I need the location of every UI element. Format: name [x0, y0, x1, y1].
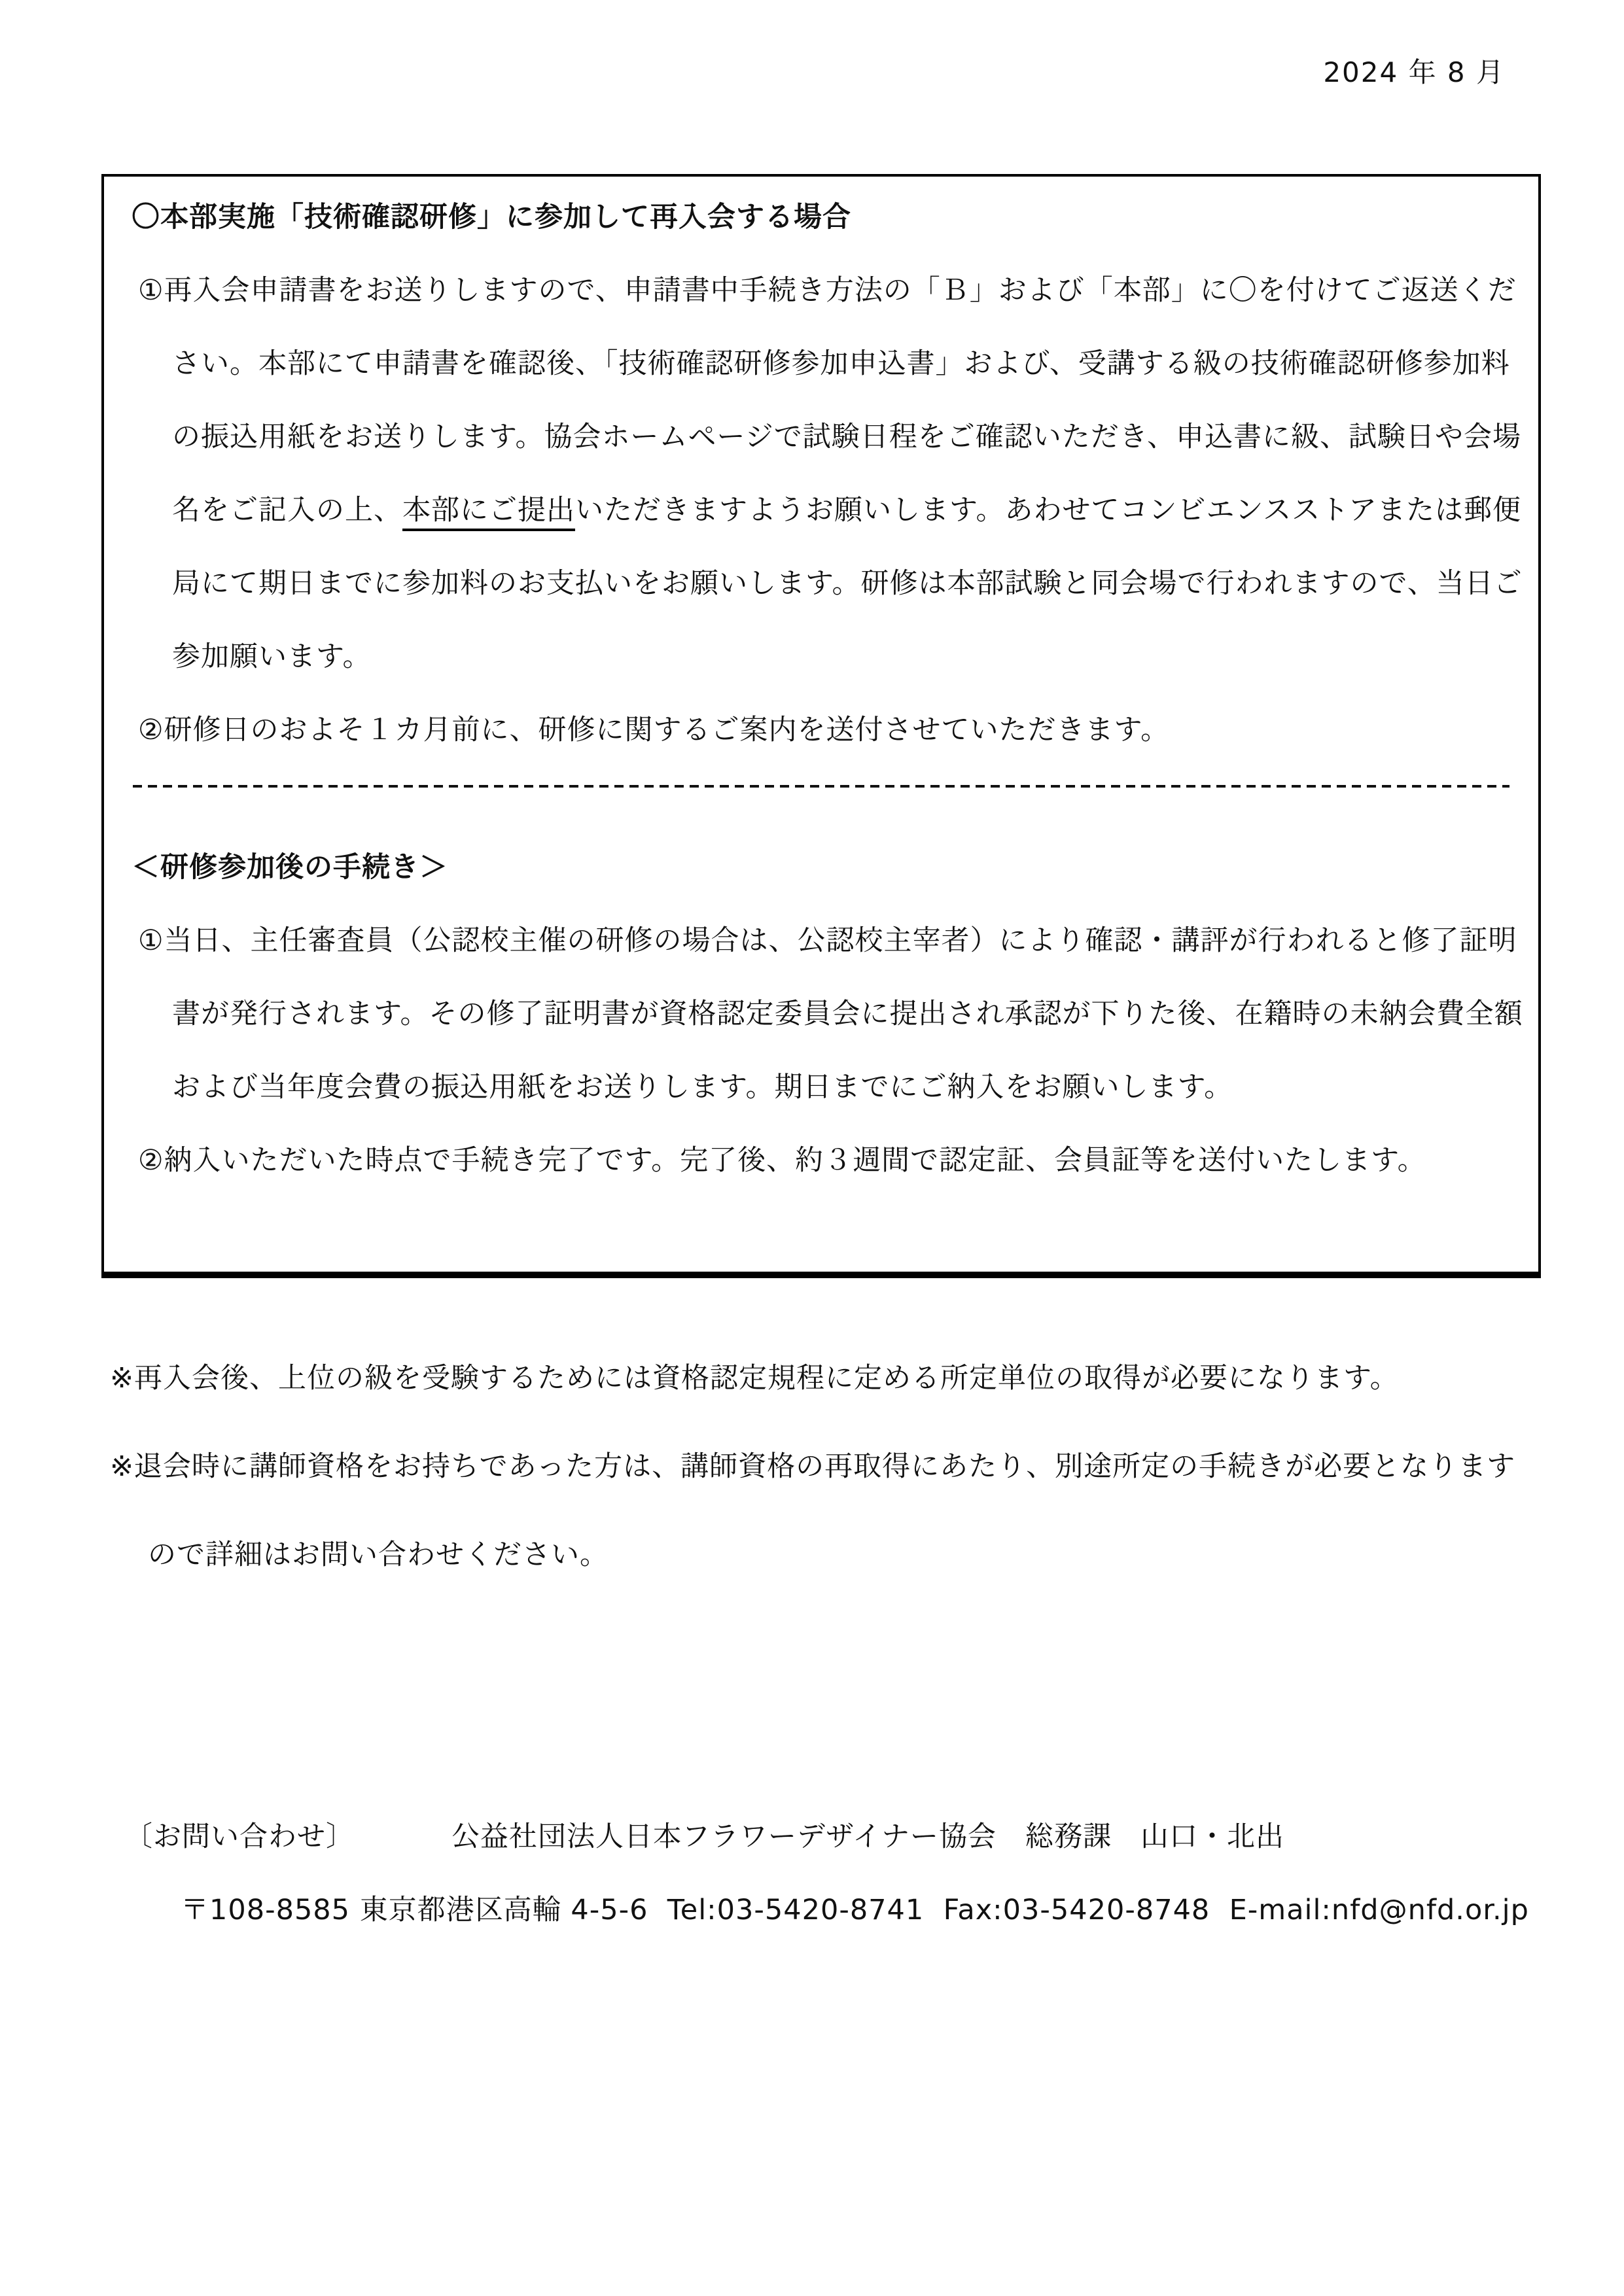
section1-item1-line5: 局にて期日までに参加料のお支払いをお願いします。研修は本部試験と同会場で行われま… [132, 547, 1511, 620]
section1-item1-line4: 名をご記入の上、本部にご提出いただきますようお願いします。あわせてコンビエンスス… [132, 474, 1511, 547]
document-page: 2024 年 8 月 〇本部実施「技術確認研修」に参加して再入会する場合 ①再入… [0, 0, 1624, 2296]
section1-item1-line3: の振込用紙をお送りします。協会ホームページで試験日程をご確認いただき、申込書に級… [132, 400, 1511, 474]
contact-organization: 公益社団法人日本フラワーデザイナー協会 総務課 山口・北出 [451, 1820, 1284, 1853]
line4-pre-text: 名をご記入の上、 [172, 494, 402, 527]
line4-post-text: いただきますようお願いします。あわせてコンビエンスストアまたは郵便 [575, 494, 1521, 527]
section2-item1-line2: 書が発行されます。その修了証明書が資格認定委員会に提出され承認が下りた後、在籍時… [132, 977, 1511, 1051]
section1-item1-line2: さい。本部にて申請書を確認後、「技術確認研修参加申込書」および、受講する級の技術… [132, 327, 1511, 400]
section1-heading: 〇本部実施「技術確認研修」に参加して再入会する場合 [132, 181, 1511, 254]
note-2-line2: ので詳細はお問い合わせください。 [110, 1511, 1595, 1599]
section2-item1-line1: ①当日、主任審査員（公認校主催の研修の場合は、公認校主宰者）により確認・講評が行… [132, 904, 1511, 977]
section2-item2: ②納入いただいた時点で手続き完了です。完了後、約３週間で認定証、会員証等を送付い… [132, 1124, 1511, 1197]
note-2-line1: ※退会時に講師資格をお持ちであった方は、講師資格の再取得にあたり、別途所定の手続… [110, 1423, 1595, 1511]
procedure-box: 〇本部実施「技術確認研修」に参加して再入会する場合 ①再入会申請書をお送りします… [101, 174, 1541, 1278]
note-1: ※再入会後、上位の級を受験するためには資格認定規程に定める所定単位の取得が必要に… [110, 1334, 1595, 1423]
section1-item1-line1: ①再入会申請書をお送りしますので、申請書中手続き方法の「Ｂ」および「本部」に〇を… [132, 254, 1511, 327]
underlined-submit-text: 本部にご提出 [402, 494, 575, 531]
section1-item1-line6: 参加願います。 [132, 620, 1511, 693]
dashed-divider [133, 785, 1509, 788]
contact-address: 〒108-8585 東京都港区高輪 4-5-6 Tel:03-5420-8741… [124, 1873, 1597, 1947]
section1-item2: ②研修日のおよそ１カ月前に、研修に関するご案内を送付させていただきます。 [132, 693, 1511, 767]
document-date: 2024 年 8 月 [1323, 51, 1505, 90]
section2-heading: ＜研修参加後の手続き＞ [132, 831, 1511, 904]
contact-block: 〔お問い合わせ〕公益社団法人日本フラワーデザイナー協会 総務課 山口・北出 〒1… [124, 1800, 1597, 1947]
contact-line: 〔お問い合わせ〕公益社団法人日本フラワーデザイナー協会 総務課 山口・北出 [124, 1800, 1597, 1873]
contact-label: 〔お問い合わせ〕 [124, 1820, 355, 1853]
section2-item1-line3: および当年度会費の振込用紙をお送りします。期日までにご納入をお願いします。 [132, 1051, 1511, 1124]
notes-block: ※再入会後、上位の級を受験するためには資格認定規程に定める所定単位の取得が必要に… [110, 1334, 1595, 1599]
